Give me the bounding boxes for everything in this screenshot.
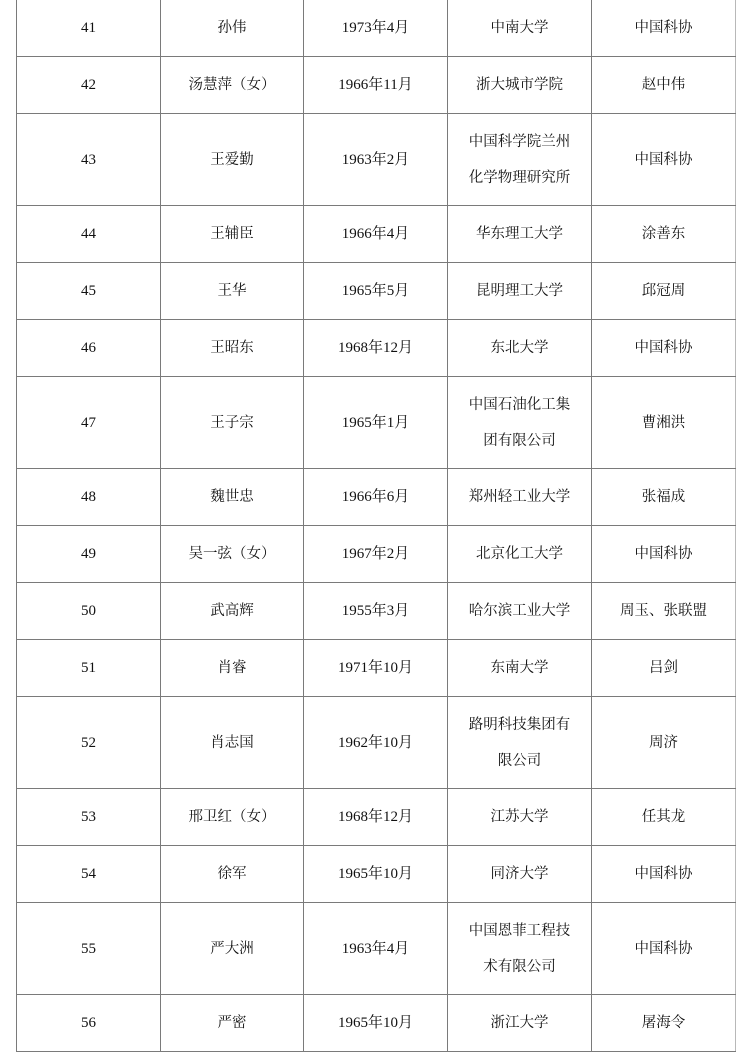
organization-line: 中南大学 (448, 10, 591, 46)
cell-organization: 中国石油化工集 团有限公司 (448, 377, 592, 469)
cell-birth-date: 1968年12月 (304, 789, 448, 846)
cell-name: 邢卫红（女） (161, 789, 304, 846)
table-row: 53 邢卫红（女） 1968年12月 江苏大学 任其龙 (17, 789, 736, 846)
organization-line: 团有限公司 (448, 423, 591, 459)
cell-name: 肖志国 (161, 697, 304, 789)
table-row: 41 孙伟 1973年4月 中南大学 中国科协 (17, 0, 736, 57)
organization-line: 昆明理工大学 (448, 273, 591, 309)
organization-line: 限公司 (448, 743, 591, 779)
table-row: 47 王子宗 1965年1月 中国石油化工集 团有限公司 曹湘洪 (17, 377, 736, 469)
cell-number: 45 (17, 263, 161, 320)
organization-line: 浙大城市学院 (448, 67, 591, 103)
organization-line: 东南大学 (448, 650, 591, 686)
cell-birth-date: 1965年1月 (304, 377, 448, 469)
cell-number: 44 (17, 206, 161, 263)
cell-birth-date: 1963年2月 (304, 114, 448, 206)
cell-birth-date: 1966年11月 (304, 57, 448, 114)
cell-name: 王辅臣 (161, 206, 304, 263)
cell-number: 51 (17, 640, 161, 697)
cell-organization: 昆明理工大学 (448, 263, 592, 320)
cell-organization: 江苏大学 (448, 789, 592, 846)
organization-line: 华东理工大学 (448, 216, 591, 252)
cell-number: 53 (17, 789, 161, 846)
cell-birth-date: 1955年3月 (304, 583, 448, 640)
table-row: 54 徐军 1965年10月 同济大学 中国科协 (17, 846, 736, 903)
cell-nominator: 中国科协 (592, 846, 736, 903)
cell-name: 汤慧萍（女） (161, 57, 304, 114)
cell-nominator: 中国科协 (592, 0, 736, 57)
cell-number: 49 (17, 526, 161, 583)
cell-number: 41 (17, 0, 161, 57)
cell-number: 47 (17, 377, 161, 469)
cell-organization: 郑州轻工业大学 (448, 469, 592, 526)
cell-nominator: 吕剑 (592, 640, 736, 697)
cell-nominator: 中国科协 (592, 114, 736, 206)
cell-organization: 中国恩菲工程技 术有限公司 (448, 903, 592, 995)
cell-name: 魏世忠 (161, 469, 304, 526)
cell-organization: 东北大学 (448, 320, 592, 377)
table-row: 44 王辅臣 1966年4月 华东理工大学 涂善东 (17, 206, 736, 263)
table-row: 55 严大洲 1963年4月 中国恩菲工程技 术有限公司 中国科协 (17, 903, 736, 995)
cell-organization: 哈尔滨工业大学 (448, 583, 592, 640)
organization-line: 化学物理研究所 (448, 160, 591, 196)
cell-organization: 同济大学 (448, 846, 592, 903)
table-row: 43 王爱勤 1963年2月 中国科学院兰州 化学物理研究所 中国科协 (17, 114, 736, 206)
organization-line: 郑州轻工业大学 (448, 479, 591, 515)
organization-line: 中国石油化工集 (448, 387, 591, 423)
cell-organization: 浙大城市学院 (448, 57, 592, 114)
cell-birth-date: 1968年12月 (304, 320, 448, 377)
cell-birth-date: 1965年5月 (304, 263, 448, 320)
cell-birth-date: 1966年4月 (304, 206, 448, 263)
cell-organization: 华东理工大学 (448, 206, 592, 263)
cell-nominator: 邱冠周 (592, 263, 736, 320)
table-row: 51 肖睿 1971年10月 东南大学 吕剑 (17, 640, 736, 697)
table-row: 46 王昭东 1968年12月 东北大学 中国科协 (17, 320, 736, 377)
cell-organization: 浙江大学 (448, 995, 592, 1052)
cell-nominator: 屠海令 (592, 995, 736, 1052)
cell-number: 42 (17, 57, 161, 114)
cell-number: 50 (17, 583, 161, 640)
cell-nominator: 涂善东 (592, 206, 736, 263)
cell-number: 48 (17, 469, 161, 526)
table-body: 41 孙伟 1973年4月 中南大学 中国科协 42 汤慧萍（女） 1966年1… (17, 0, 736, 1052)
cell-name: 王昭东 (161, 320, 304, 377)
cell-nominator: 中国科协 (592, 526, 736, 583)
cell-birth-date: 1962年10月 (304, 697, 448, 789)
cell-birth-date: 1966年6月 (304, 469, 448, 526)
cell-number: 55 (17, 903, 161, 995)
cell-name: 严密 (161, 995, 304, 1052)
cell-name: 王子宗 (161, 377, 304, 469)
cell-birth-date: 1965年10月 (304, 995, 448, 1052)
cell-organization: 中南大学 (448, 0, 592, 57)
cell-organization: 中国科学院兰州 化学物理研究所 (448, 114, 592, 206)
table-row: 48 魏世忠 1966年6月 郑州轻工业大学 张福成 (17, 469, 736, 526)
cell-birth-date: 1965年10月 (304, 846, 448, 903)
cell-number: 52 (17, 697, 161, 789)
cell-nominator: 中国科协 (592, 320, 736, 377)
cell-name: 武高辉 (161, 583, 304, 640)
table-row: 49 吴一弦（女） 1967年2月 北京化工大学 中国科协 (17, 526, 736, 583)
organization-line: 北京化工大学 (448, 536, 591, 572)
cell-birth-date: 1973年4月 (304, 0, 448, 57)
organization-line: 中国科学院兰州 (448, 124, 591, 160)
organization-line: 哈尔滨工业大学 (448, 593, 591, 629)
cell-nominator: 赵中伟 (592, 57, 736, 114)
table-row: 50 武高辉 1955年3月 哈尔滨工业大学 周玉、张联盟 (17, 583, 736, 640)
cell-nominator: 曹湘洪 (592, 377, 736, 469)
organization-line: 东北大学 (448, 330, 591, 366)
cell-birth-date: 1971年10月 (304, 640, 448, 697)
organization-line: 路明科技集团有 (448, 707, 591, 743)
organization-line: 浙江大学 (448, 1005, 591, 1041)
cell-name: 王爱勤 (161, 114, 304, 206)
cell-number: 46 (17, 320, 161, 377)
table-row: 56 严密 1965年10月 浙江大学 屠海令 (17, 995, 736, 1052)
cell-name: 王华 (161, 263, 304, 320)
cell-birth-date: 1967年2月 (304, 526, 448, 583)
cell-number: 54 (17, 846, 161, 903)
cell-name: 吴一弦（女） (161, 526, 304, 583)
cell-nominator: 中国科协 (592, 903, 736, 995)
cell-nominator: 张福成 (592, 469, 736, 526)
table-row: 42 汤慧萍（女） 1966年11月 浙大城市学院 赵中伟 (17, 57, 736, 114)
cell-nominator: 周济 (592, 697, 736, 789)
cell-number: 56 (17, 995, 161, 1052)
cell-nominator: 任其龙 (592, 789, 736, 846)
cell-organization: 路明科技集团有 限公司 (448, 697, 592, 789)
cell-name: 严大洲 (161, 903, 304, 995)
cell-name: 孙伟 (161, 0, 304, 57)
cell-name: 徐军 (161, 846, 304, 903)
organization-line: 江苏大学 (448, 799, 591, 835)
table-row: 45 王华 1965年5月 昆明理工大学 邱冠周 (17, 263, 736, 320)
cell-organization: 东南大学 (448, 640, 592, 697)
organization-line: 术有限公司 (448, 949, 591, 985)
organization-line: 中国恩菲工程技 (448, 913, 591, 949)
cell-organization: 北京化工大学 (448, 526, 592, 583)
organization-line: 同济大学 (448, 856, 591, 892)
table-row: 52 肖志国 1962年10月 路明科技集团有 限公司 周济 (17, 697, 736, 789)
cell-number: 43 (17, 114, 161, 206)
cell-nominator: 周玉、张联盟 (592, 583, 736, 640)
cell-birth-date: 1963年4月 (304, 903, 448, 995)
candidate-table: 41 孙伟 1973年4月 中南大学 中国科协 42 汤慧萍（女） 1966年1… (16, 0, 736, 1052)
cell-name: 肖睿 (161, 640, 304, 697)
